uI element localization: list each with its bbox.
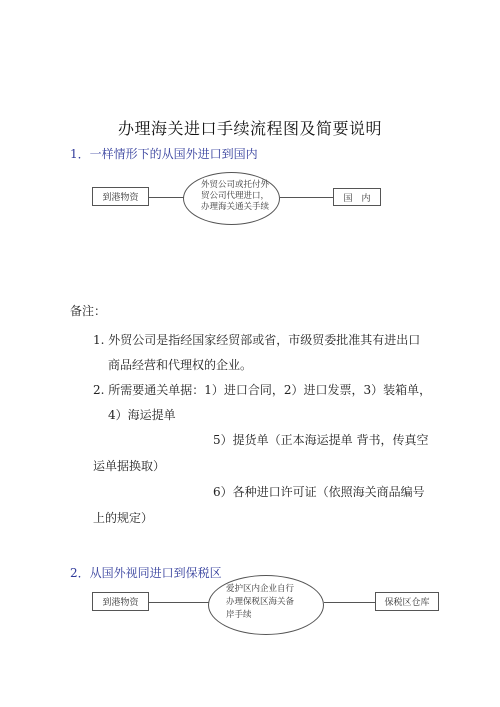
diagram-2-ellipse-line-1: 爱护区内企业自行 [226,584,294,595]
diagram-1-ellipse-line-1: 外贸公司或托付外 [201,180,269,191]
diagram-1-ellipse-line-2: 贸公司代理进口， [201,191,269,202]
notes-label: 备注： [70,302,106,319]
diagram-2-left-box: 到港物资 [92,592,149,611]
note-line-4: 4）海运提单 [108,406,176,423]
diagram-2-right-label: 保税区仓库 [384,595,429,608]
diagram-1-left-label: 到港物资 [102,190,138,203]
diagram-1-left-connector [149,197,184,198]
diagram-2-right-connector [324,602,376,603]
section-2-heading: 2．从国外视同进口到保税区 [70,564,222,581]
diagram-1-right-label: 国 内 [343,191,370,204]
diagram-1-left-box: 到港物资 [92,187,149,206]
note-line-8: 上的规定） [93,509,153,526]
diagram-1-ellipse-line-3: 办理海关通关手续 [201,202,269,213]
note-line-3: 2. 所需要通关单据：1）进口合同，2）进口发票，3）装箱单， [93,381,431,398]
diagram-2-right-box: 保税区仓库 [375,592,439,611]
note-line-1: 1. 外贸公司是指经国家经贸部或省，市级贸委批准其有进出口 [93,331,420,348]
diagram-2-ellipse-line-3: 岸手续 [226,610,252,621]
diagram-1-right-connector [280,197,334,198]
page-title: 办理海关进口手续流程图及简要说明 [0,116,500,139]
section-1-heading: 1．一样情形下的从国外进口到国内 [70,145,258,162]
diagram-2-left-label: 到港物资 [102,595,138,608]
note-line-7: 6）各种进口许可证（依照海关商品编号 [213,483,425,500]
diagram-1-right-box: 国 内 [333,188,381,206]
diagram-2-ellipse-line-2: 办理保税区海关备 [226,597,294,608]
note-line-2: 商品经营和代理权的企业。 [108,356,252,373]
diagram-2-left-connector [149,602,209,603]
note-line-6: 运单据换取） [93,457,165,474]
note-line-5: 5）提货单（正本海运提单 背书，传真空 [213,431,428,448]
